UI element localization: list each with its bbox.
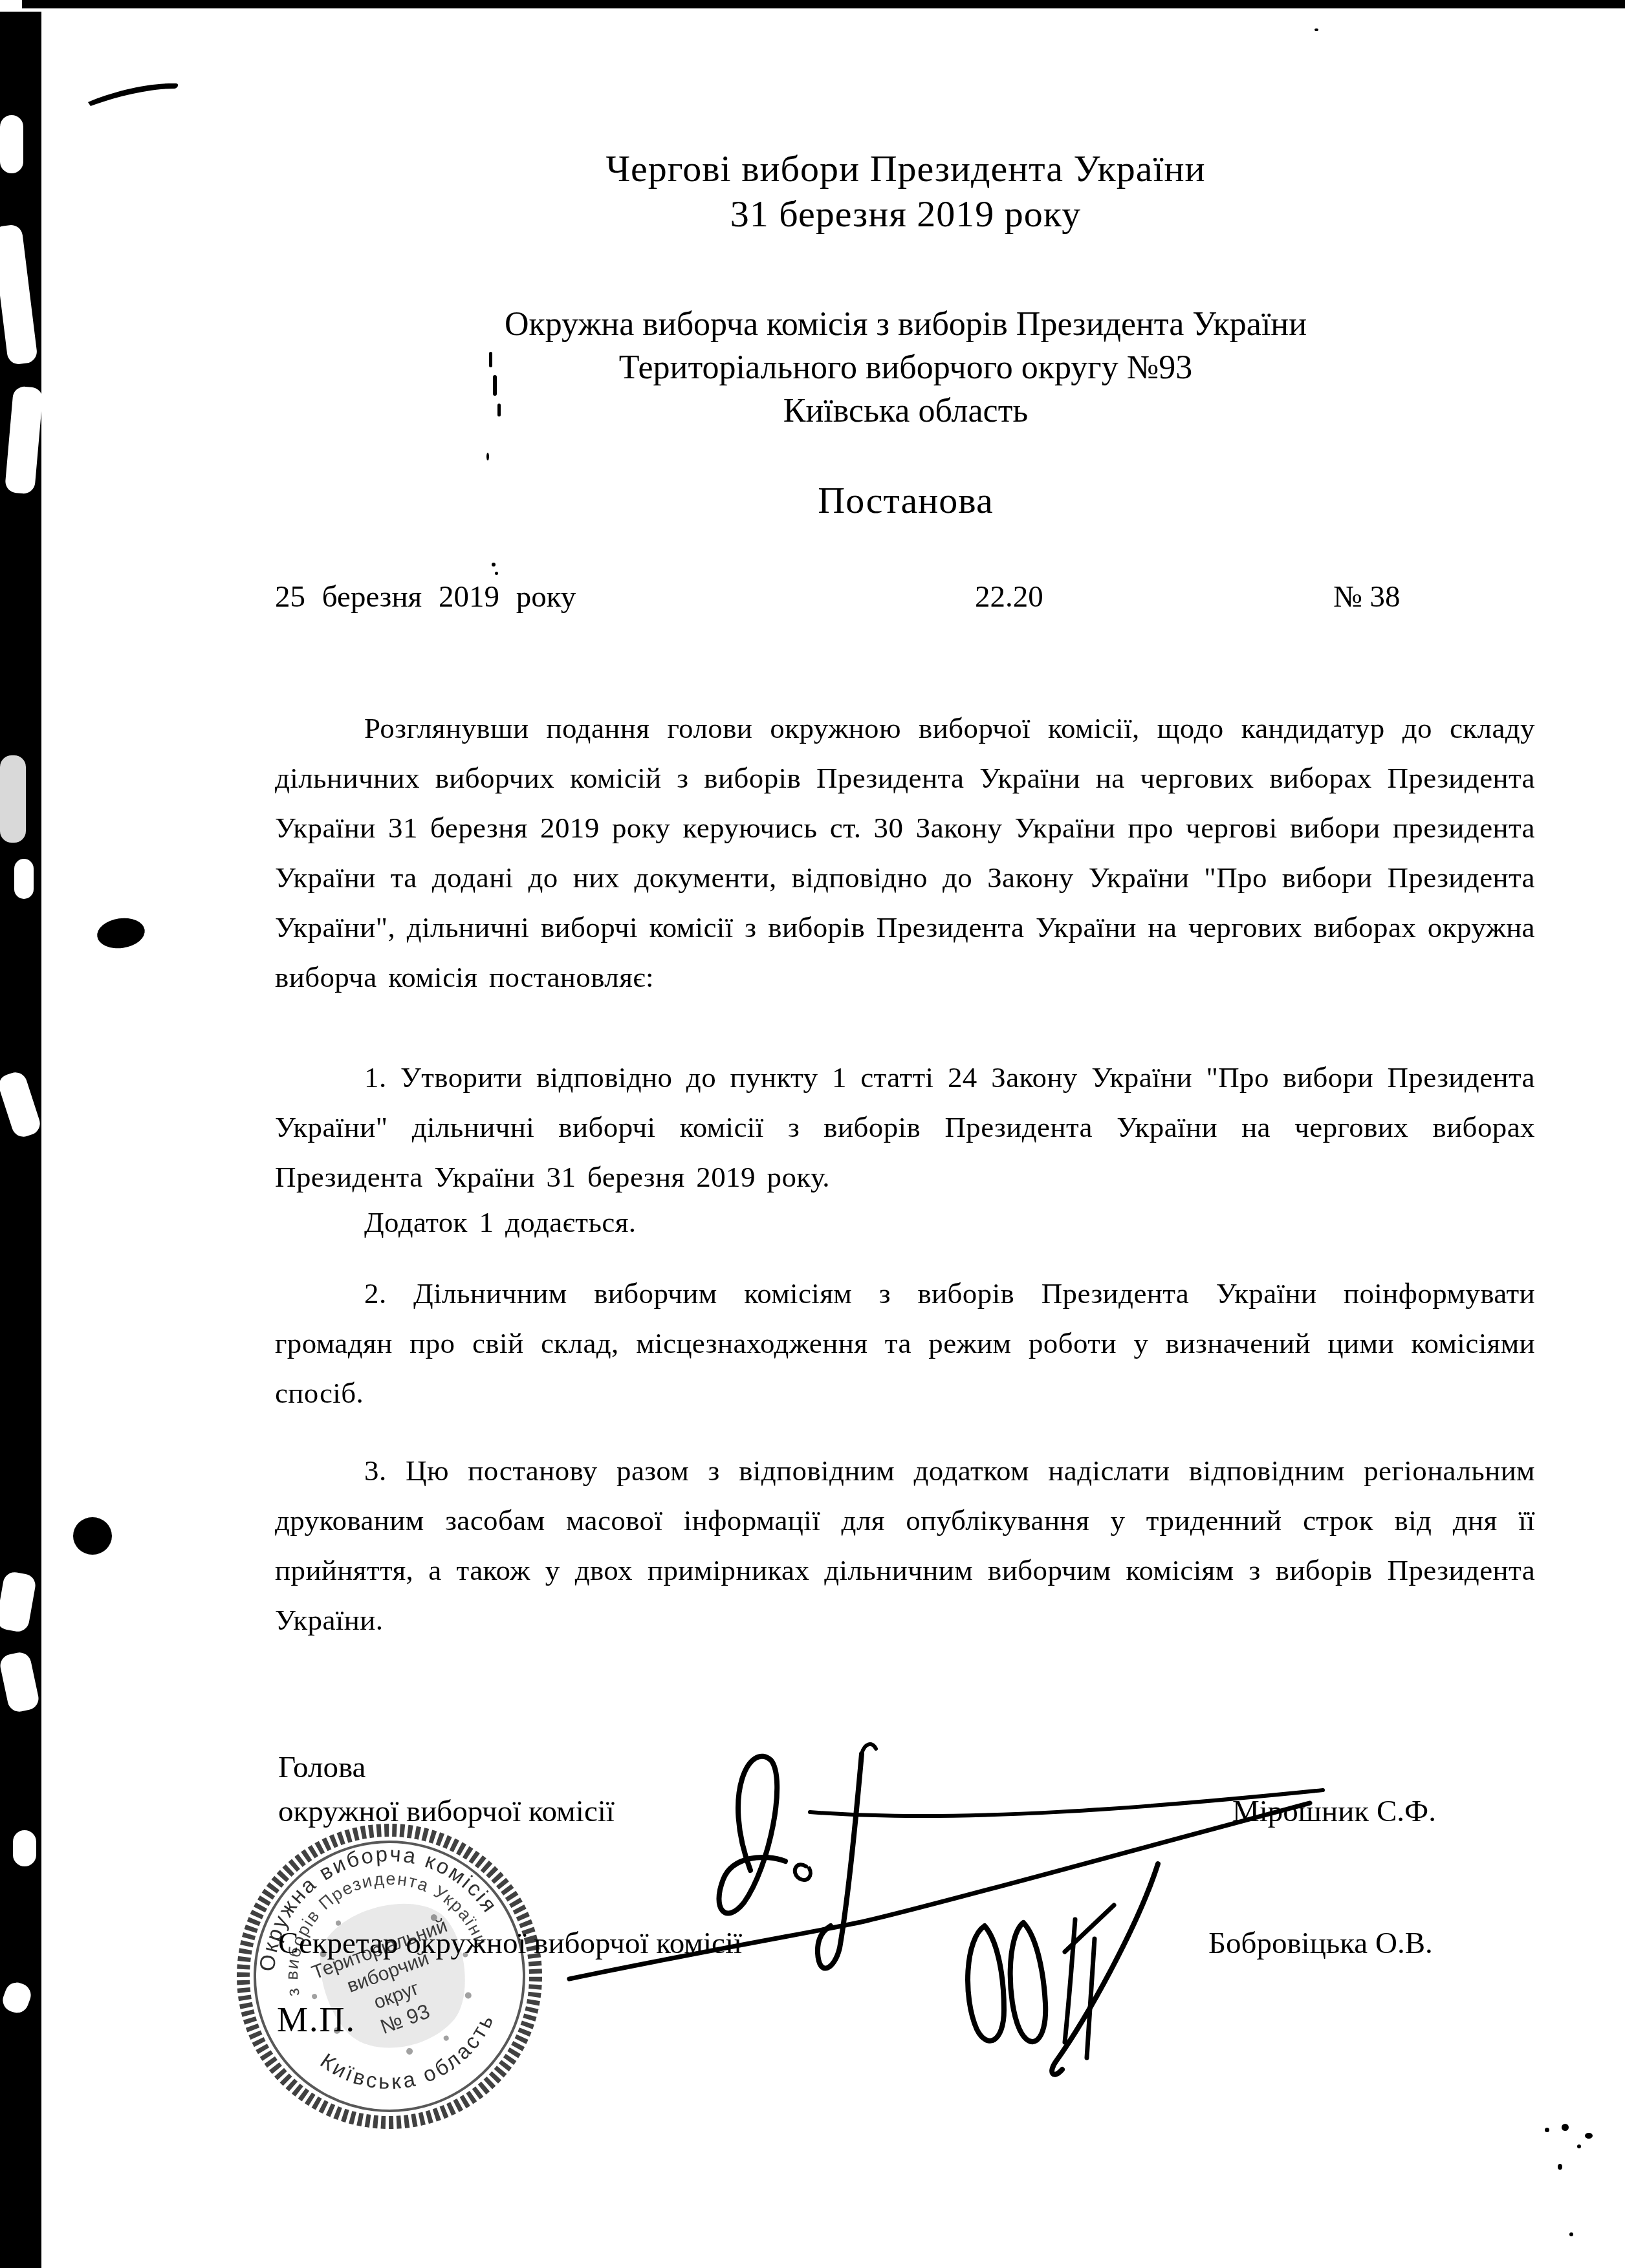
scan-speckle [497,404,501,416]
resolution-item-1: 1. Утворити відповідно до пункту 1 статт… [275,1053,1535,1202]
pen-stroke-mark [84,75,184,109]
scan-speckle [1562,2124,1569,2131]
secretary-name: Бобровіцька О.В. [1208,1926,1433,1961]
scan-speckle [492,563,496,567]
ink-blot [73,1517,112,1555]
head-role-line-1: Голова [278,1750,365,1785]
scan-band-patch [5,385,43,494]
annex-note: Додаток 1 додається. [275,1198,1535,1247]
title-line-1: Чергові вибори Президента України [275,146,1536,191]
document-type-heading: Постанова [275,479,1536,522]
scan-speckle [1558,2164,1562,2170]
title-line-2: 31 березня 2019 року [275,191,1536,237]
scan-speckle [1569,2232,1573,2236]
secretary-signature [944,1847,1177,2086]
scan-band-patch [0,755,26,843]
scan-band-patch [0,115,23,173]
scan-speckle [1577,2144,1581,2148]
document-number: № 38 [1333,579,1401,614]
scan-speckle [486,453,489,460]
resolution-item-3: 3. Цю постанову разом з відповідним дода… [275,1446,1535,1645]
scan-speckle [1585,2133,1593,2139]
resolution-item-2: 2. Дільничним виборчим комісіям з виборі… [275,1269,1535,1418]
document-time: 22.20 [975,579,1043,614]
scan-artifact-top-strip [22,0,1625,8]
meta-row: 25 березня 2019 року 22.20 № 38 [275,579,1536,625]
document-date: 25 березня 2019 року [275,579,576,614]
commission-line-3: Київська область [275,389,1536,433]
secretary-role: Секретар окружної виборчої комісії [278,1926,742,1961]
scan-artifact-left-band [0,12,41,2268]
scanned-document-page: Чергові вибори Президента України 31 бер… [0,0,1625,2268]
document-title: Чергові вибори Президента України 31 бер… [275,146,1536,237]
ink-blot [95,915,147,951]
scan-band-patch [0,1650,41,1714]
scan-speckle [489,352,492,367]
seal-place-note: М.П. [277,2000,356,2040]
scan-speckle [1545,2128,1549,2132]
scan-band-patch [13,1830,36,1866]
commission-line-2: Територіального виборчого округу №93 [275,346,1536,389]
commission-round-stamp: Окружна виборча комісія з виборів Презид… [234,1821,545,2132]
scan-band-patch [0,1070,43,1140]
scan-speckle [493,375,497,396]
scan-band-patch [0,1570,37,1633]
scan-band-patch [14,859,34,899]
commission-line-1: Окружна виборча комісія з виборів Презид… [275,303,1536,346]
preamble-paragraph: Розглянувши подання голови окружною вибо… [275,704,1535,1002]
scan-speckle [1314,28,1318,31]
scan-band-patch [0,224,38,365]
scan-band-patch [0,1980,34,2016]
scan-speckle [495,572,498,575]
commission-heading: Окружна виборча комісія з виборів Презид… [275,303,1536,433]
